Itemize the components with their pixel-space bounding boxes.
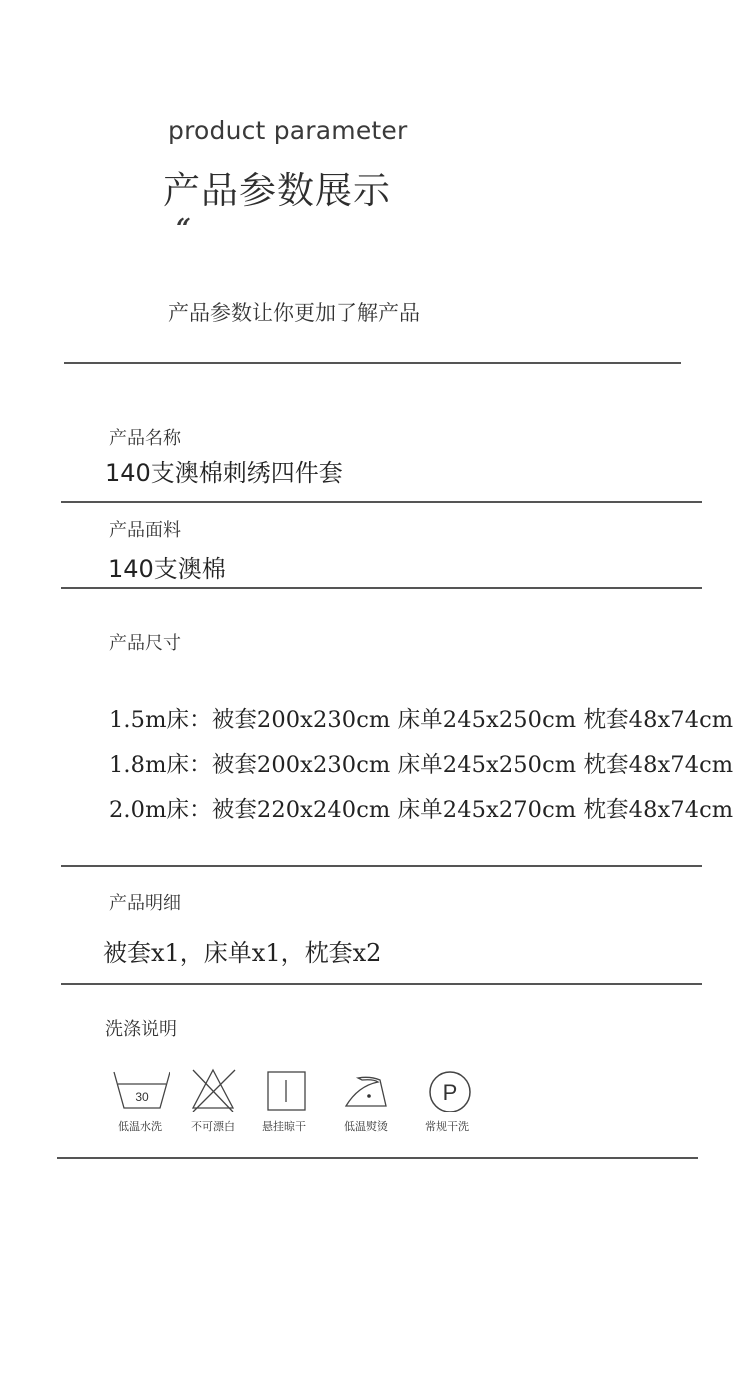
- svg-text:P: P: [443, 1080, 458, 1105]
- detail-label: 产品明细: [109, 889, 181, 915]
- low-iron-icon: [336, 1068, 396, 1112]
- size-row: 1.8m床：被套200x230cm 床单245x250cm 枕套48x74cm: [109, 747, 733, 779]
- wash-30-icon: 30: [110, 1068, 170, 1112]
- divider: [61, 587, 702, 589]
- product-name-value: 140支澳棉刺绣四件套: [105, 453, 343, 488]
- care-label-text: 低温水洗: [107, 1118, 173, 1134]
- hang-dry-icon: [254, 1068, 314, 1112]
- care-label-text: 悬挂晾干: [251, 1118, 317, 1134]
- size-row: 2.0m床：被套220x240cm 床单245x270cm 枕套48x74cm: [109, 792, 733, 824]
- care-label-text: 低温熨烫: [333, 1118, 399, 1134]
- header-divider: [64, 362, 681, 364]
- divider: [61, 983, 702, 985]
- english-title: product parameter: [168, 116, 407, 145]
- fabric-label: 产品面料: [109, 516, 181, 542]
- size-label: 产品尺寸: [109, 629, 181, 655]
- care-label-text: 不可漂白: [180, 1118, 246, 1134]
- size-row: 1.5m床：被套200x230cm 床单245x250cm 枕套48x74cm: [109, 702, 733, 734]
- care-item-no-bleach: 不可漂白: [180, 1068, 246, 1134]
- care-item-dry-clean: P 常规干洗: [414, 1068, 480, 1134]
- care-item-low-iron: 低温熨烫: [333, 1068, 399, 1134]
- subtitle: 产品参数让你更加了解产品: [168, 297, 420, 327]
- detail-value: 被套x1，床单x1，枕套x2: [103, 933, 381, 968]
- svg-text:30: 30: [135, 1090, 149, 1104]
- no-bleach-icon: [183, 1068, 243, 1112]
- care-label: 洗涤说明: [105, 1015, 177, 1041]
- divider: [61, 865, 702, 867]
- page-title: 产品参数展示: [163, 160, 391, 214]
- care-label-text: 常规干洗: [414, 1118, 480, 1134]
- divider: [61, 501, 702, 503]
- dry-clean-p-icon: P: [417, 1068, 477, 1112]
- care-item-low-temp-wash: 30 低温水洗: [107, 1068, 173, 1134]
- care-item-hang-dry: 悬挂晾干: [251, 1068, 317, 1134]
- bottom-divider: [57, 1157, 698, 1159]
- fabric-value: 140支澳棉: [108, 549, 226, 584]
- quote-mark-icon: “: [176, 214, 191, 244]
- product-name-label: 产品名称: [109, 424, 181, 450]
